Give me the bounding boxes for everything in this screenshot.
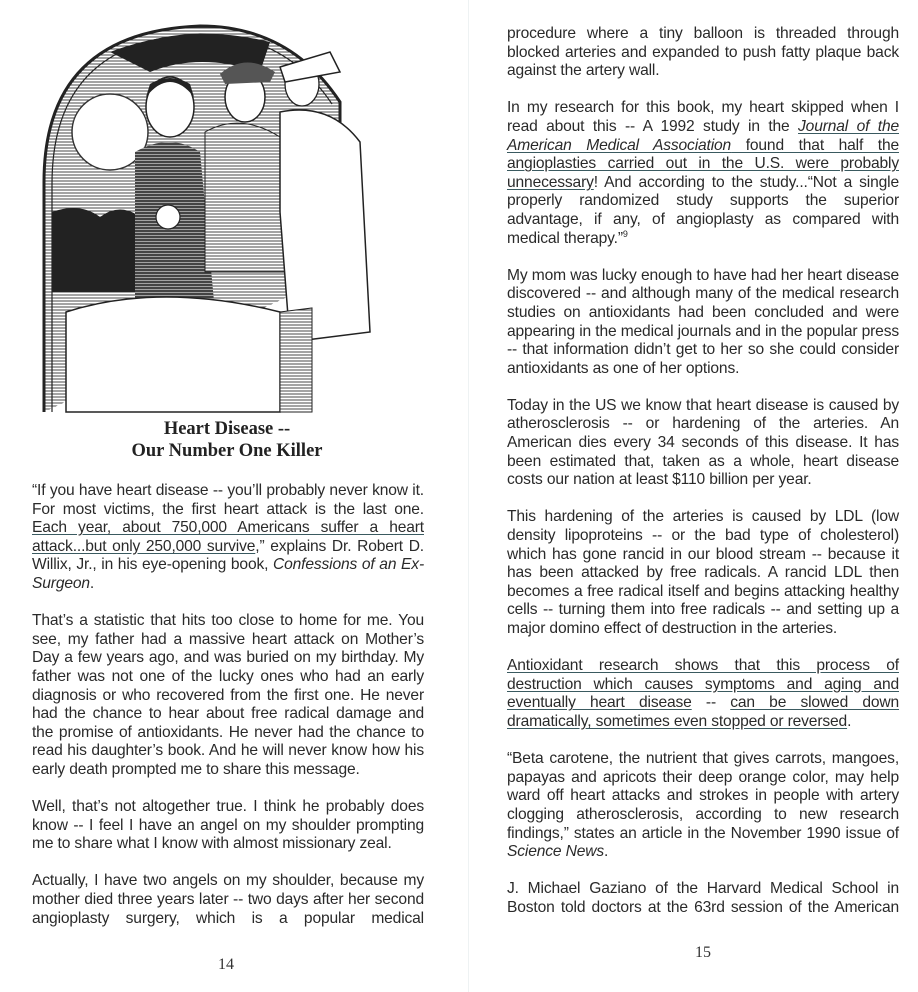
paragraph-7: “Beta carotene, the nutrient that gives … bbox=[507, 750, 899, 862]
text-span: . bbox=[847, 713, 851, 730]
paragraph-5: This hardening of the arteries is caused… bbox=[507, 508, 899, 638]
text-span: . bbox=[604, 843, 608, 860]
right-column-text: procedure where a tiny balloon is thread… bbox=[507, 25, 899, 936]
section-heading: Heart Disease -- Our Number One Killer bbox=[40, 419, 414, 462]
paragraph-2: That’s a statistic that hits too close t… bbox=[32, 612, 424, 779]
page-number-left: 14 bbox=[218, 956, 234, 974]
heading-line-2: Our Number One Killer bbox=[40, 441, 414, 463]
paragraph-3: Well, that’s not altogether true. I thin… bbox=[32, 798, 424, 854]
paragraph-3: My mom was lucky enough to have had her … bbox=[507, 267, 899, 379]
mourners-illustration bbox=[40, 12, 380, 414]
text-span: . bbox=[90, 575, 94, 592]
paragraph-8: J. Michael Gaziano of the Harvard Medica… bbox=[507, 880, 899, 917]
paragraph-4: Today in the US we know that heart disea… bbox=[507, 397, 899, 490]
text-span: -- bbox=[692, 694, 731, 711]
heading-line-1: Heart Disease -- bbox=[40, 419, 414, 441]
right-page: procedure where a tiny balloon is thread… bbox=[468, 0, 918, 992]
left-column-text: “If you have heart disease -- you’ll pro… bbox=[32, 482, 424, 947]
page-number-right: 15 bbox=[695, 944, 711, 962]
paragraph-4: Actually, I have two angels on my should… bbox=[32, 872, 424, 928]
magazine-title: Science News bbox=[507, 843, 604, 860]
paragraph-1: “If you have heart disease -- you’ll pro… bbox=[32, 482, 424, 594]
text-span: “Beta carotene, the nutrient that gives … bbox=[507, 750, 899, 841]
paragraph-6: Antioxidant research shows that this pro… bbox=[507, 657, 899, 731]
paragraph-1: procedure where a tiny balloon is thread… bbox=[507, 25, 899, 81]
text-span: “If you have heart disease -- you’ll pro… bbox=[32, 482, 424, 518]
paragraph-2: In my research for this book, my heart s… bbox=[507, 99, 899, 248]
footnote-marker: 9 bbox=[623, 228, 628, 238]
left-page: Heart Disease -- Our Number One Killer “… bbox=[0, 0, 468, 992]
